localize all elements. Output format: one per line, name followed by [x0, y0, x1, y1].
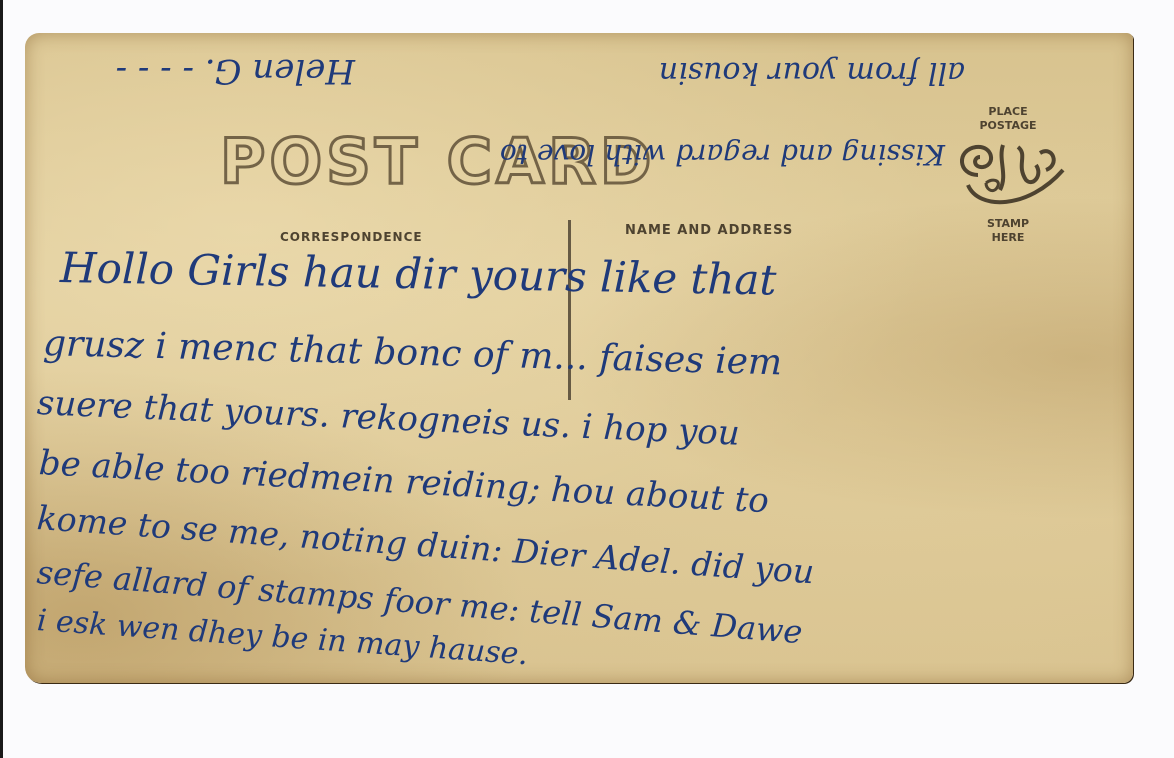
- monogram-logo-icon: [948, 135, 1068, 215]
- name-and-address-label: NAME AND ADDRESS: [625, 223, 793, 238]
- upside-down-note-line: all from your kousin: [445, 55, 965, 90]
- stamp-text-place: PLACE: [943, 105, 1073, 119]
- upside-down-signature: Helen G. - - - -: [35, 51, 355, 91]
- scan-edge: [0, 0, 3, 758]
- postcard: POST CARD CORRESPONDENCE NAME AND ADDRES…: [25, 33, 1133, 683]
- stamp-text-here: HERE: [943, 231, 1073, 245]
- message-line: Hollo Girls hau dir yours like that: [60, 243, 777, 304]
- stamp-text-stamp: STAMP: [943, 217, 1073, 231]
- upside-down-note-line: Kissing and regard with love to: [125, 138, 945, 171]
- stamp-box: PLACE POSTAGE STAMP HERE: [943, 105, 1073, 275]
- message-line: grusz i menc that bonc of m... faises ie…: [42, 323, 782, 383]
- stamp-text-postage: POSTAGE: [943, 119, 1073, 133]
- correspondence-label: CORRESPONDENCE: [280, 230, 423, 244]
- message-line: suere that yours. rekogneis us. i hop yo…: [36, 383, 740, 454]
